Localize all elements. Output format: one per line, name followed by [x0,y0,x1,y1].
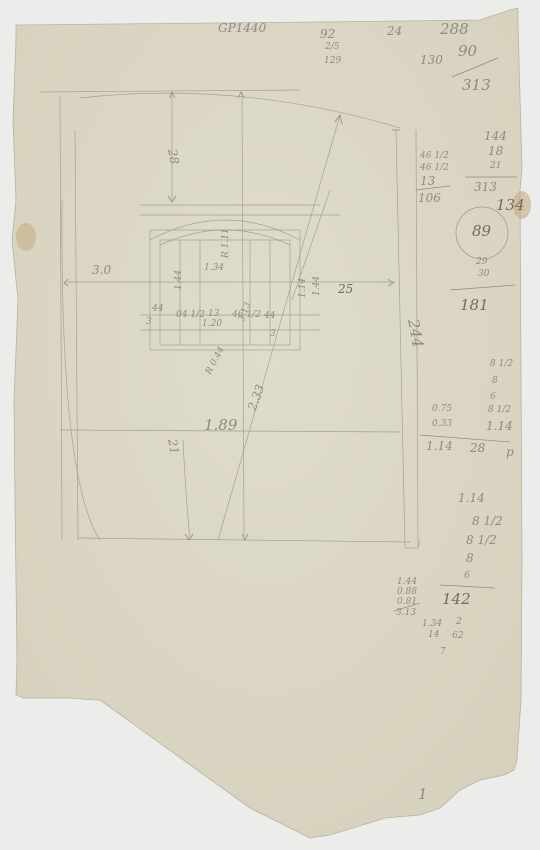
low-stack-0: 1.14 [458,492,485,504]
circled-note: 89 [472,224,491,239]
small-stack-total: 3.13 [396,609,416,618]
dim-bottom-width: 1.89 [204,418,237,433]
dim-lower-height: 21 [166,438,180,455]
stack-left-1: 46 1/2 [420,164,449,173]
top-note-b: 130 [420,54,443,66]
low-stack-3: 8 [466,552,474,564]
fraction-right-0: 2 [456,618,462,627]
stain-left [16,223,36,251]
base-label-2: 13 [208,310,219,319]
dim-right-height: 244 [405,318,425,349]
mid-bottom-0: 1.14 [426,440,453,452]
base-label-4: 44 [264,312,275,321]
catalog-label: GP1440 [218,22,266,34]
mid-stack-b-0: 0.75 [432,405,452,414]
mid-stack-2: 6 [490,393,496,402]
mid-bottom-2: p [506,446,514,458]
dim-inner-height-b: 1.44 [313,276,322,296]
dim-inner-height-a: 1.44 [175,270,184,290]
top-stack-a-1: 2/5 [325,43,339,52]
after-circle-0: 29 [476,258,487,267]
stack-left-0: 46 1/2 [420,152,449,161]
dim-radius-top: R 1.11 [222,228,231,258]
final-total: 181 [460,298,489,313]
dim-center-label: 1.34 [204,264,224,273]
small-stack-2: 0.81 [397,598,417,607]
top-note-a: 24 [387,25,402,37]
small-stack-1: 0.88 [397,588,417,597]
base-label-7: 3 [270,330,276,339]
dim-left-width: 3.0 [92,264,111,276]
top-sum-item-0: 288 [440,22,469,37]
stack-left-total: 106 [418,192,441,204]
top-stack-a-0: 92 [320,28,335,40]
paper-sheet [0,0,540,850]
stack-left-2: 13 [420,175,435,187]
mid-stack-1: 8 [492,377,498,386]
stack-right-1: 18 [488,145,503,157]
base-label-3: 46 1/2 [232,311,261,320]
mid-stack-0: 8 1/2 [490,360,513,369]
fraction-left-0: 1.34 [422,620,442,629]
base-label-6: 1.20 [202,320,222,329]
mid-stack-4: 1.14 [486,420,513,432]
base-label-1: 04 1/2 [176,311,205,320]
low-stack-2: 8 1/2 [466,534,497,546]
mid-stack-3: 8 1/2 [488,406,511,415]
after-circle-1: 30 [478,270,489,279]
dim-top-height: 28 [166,148,180,165]
stack-right-0: 144 [484,130,507,142]
trailing-note: 7 [440,648,446,657]
fraction-right-1: 62 [452,632,463,641]
top-sum-total: 313 [462,78,491,93]
page-marker: 1 [418,787,428,802]
mid-bottom-1: 28 [470,442,485,454]
top-sum-item-1: 90 [458,44,477,59]
mid-stack-b-1: 0.33 [432,420,452,429]
fraction-left-1: 14 [428,631,439,640]
low-stack-1: 8 1/2 [472,515,503,527]
low-total: 142 [442,592,471,607]
dim-right-note: 25 [338,283,353,295]
small-stack-0: 1.44 [397,578,417,587]
stack-right-total: 313 [474,181,497,193]
low-stack-4: 6 [464,572,470,581]
base-label-0: 44 [152,305,163,314]
side-note: 134 [496,198,525,213]
stack-right-2: 21 [490,162,501,171]
dim-inner-height-c: 1.14 [299,278,308,298]
top-stack-a-2: 129 [324,57,341,66]
base-label-5: 3 [146,318,152,327]
